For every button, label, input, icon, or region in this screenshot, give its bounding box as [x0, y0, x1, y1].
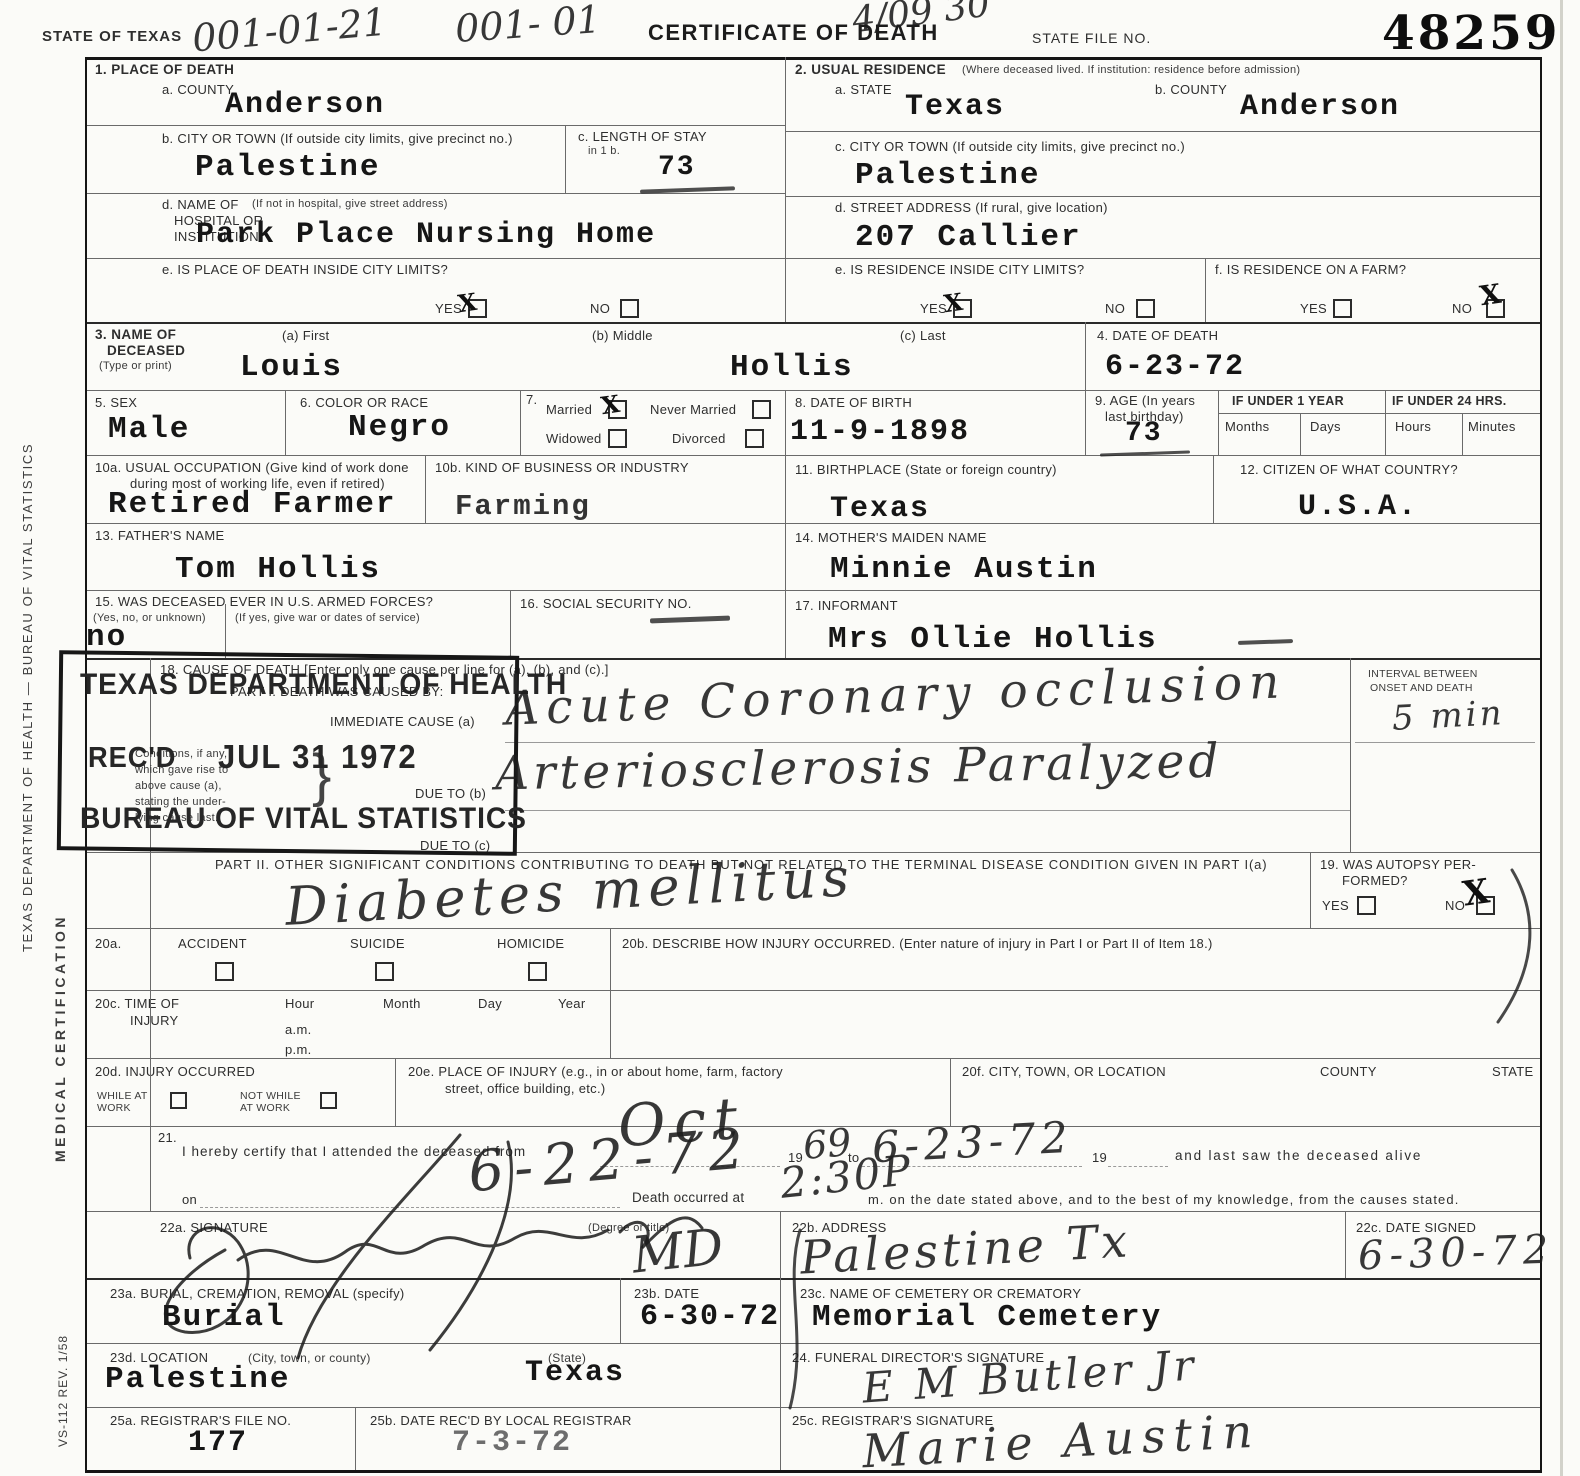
grid-line [610, 928, 611, 1058]
sec5-label: 5. SEX [95, 395, 137, 410]
sec20a-suicide-label: SUICIDE [350, 936, 405, 951]
sec8-label: 8. DATE OF BIRTH [795, 395, 912, 410]
sec7-divorced-checkbox[interactable] [745, 429, 764, 448]
sec17-informant-value: Mrs Ollie Hollis [828, 622, 1158, 657]
sec1d-label: d. NAME OF [162, 197, 239, 212]
sec12-label: 12. CITIZEN OF WHAT COUNTRY? [1240, 462, 1458, 477]
sec23d-state-value: Texas [525, 1356, 625, 1390]
sec17-label: 17. INFORMANT [795, 598, 898, 613]
sec1b-label: b. CITY OR TOWN (If outside city limits,… [162, 131, 513, 146]
margin-department-text: TEXAS DEPARTMENT OF HEALTH — BUREAU OF V… [20, 443, 35, 952]
sec3-label3: (Type or print) [99, 360, 172, 372]
sec20f-label: 20f. CITY, TOWN, OR LOCATION [962, 1064, 1166, 1079]
grid-line [85, 322, 1540, 324]
sec1b-city-value: Palestine [195, 150, 380, 185]
sec2b-label: b. COUNTY [1155, 82, 1227, 97]
grid-line [85, 990, 1540, 991]
interval-label2: ONSET AND DEATH [1370, 682, 1473, 694]
sec15-armed-forces-value: no [86, 620, 127, 655]
grid-line [85, 1470, 1542, 1473]
grid-line [780, 1407, 781, 1470]
sec20f-county-label: COUNTY [1320, 1064, 1377, 1079]
sec4-date-of-death: 6-23-72 [1105, 350, 1245, 384]
sec20d-notwhile-label2: AT WORK [240, 1102, 290, 1114]
under24hrs-hours-label: Hours [1395, 419, 1431, 434]
sec2f-label: f. IS RESIDENCE ON A FARM? [1215, 262, 1406, 277]
interval-label1: INTERVAL BETWEEN [1368, 668, 1478, 680]
sec1c-length-of-stay: 73 [658, 152, 696, 183]
sec9-age-value: 73 [1125, 418, 1163, 449]
sec3-label1: 3. NAME OF [95, 327, 176, 342]
grid-line [85, 125, 785, 126]
sec7-divorced-label: Divorced [672, 431, 726, 446]
sec16-label: 16. SOCIAL SECURITY NO. [520, 596, 692, 611]
sec1-title: 1. PLACE OF DEATH [95, 62, 234, 77]
grid-line [1218, 413, 1540, 414]
sec11-label: 11. BIRTHPLACE (State or foreign country… [795, 462, 1057, 477]
grid-line [85, 455, 1540, 456]
sec14-label: 14. MOTHER'S MAIDEN NAME [795, 530, 987, 545]
sec2d-street-value: 207 Callier [855, 220, 1082, 255]
sec19-yes-checkbox[interactable] [1357, 896, 1376, 915]
sec20c-pm-label: p.m. [285, 1042, 311, 1057]
under24hrs-header: IF UNDER 24 HRS. [1392, 394, 1507, 408]
sec3-last-name: Hollis [730, 350, 854, 385]
grid-line [1310, 852, 1311, 928]
sec2e-no-label: NO [1105, 301, 1125, 316]
sec23c-label: 23c. NAME OF CEMETERY OR CREMATORY [800, 1286, 1081, 1301]
sec2f-yes-label: YES [1300, 301, 1327, 316]
grid-line [1085, 322, 1086, 390]
grid-line [785, 57, 786, 322]
grid-line [1355, 742, 1535, 743]
sec10a-label1: 10a. USUAL OCCUPATION (Give kind of work… [95, 460, 409, 475]
cemetery-pen-stroke [782, 1228, 822, 1413]
sec21-line1b: and last saw the deceased alive [1175, 1148, 1422, 1163]
sec1e-no-checkbox[interactable] [620, 299, 639, 318]
sec1d-paren: (If not in hospital, give street address… [252, 198, 448, 210]
sec2a-state-value: Texas [905, 90, 1005, 124]
sec2a-label: a. STATE [835, 82, 892, 97]
grid-line [425, 455, 426, 523]
sec20d-while-label2: WORK [97, 1102, 131, 1114]
sec4-label: 4. DATE OF DEATH [1097, 328, 1218, 343]
sec13-label: 13. FATHER'S NAME [95, 528, 224, 543]
sec18-cause-b-handwriting: Arteriosclerosis Paralyzed [495, 734, 1223, 802]
sec21-line2b: m. on the date stated above, and to the … [868, 1192, 1459, 1207]
sec1e-label: e. IS PLACE OF DEATH INSIDE CITY LIMITS? [162, 262, 448, 277]
grid-line [85, 1058, 1540, 1059]
sec20f-state-label: STATE [1492, 1064, 1533, 1079]
sec21-yr2-label: 19 [1092, 1150, 1107, 1165]
grid-line [85, 258, 1540, 259]
sec7-label: 7. [526, 392, 537, 407]
under1year-months-label: Months [1225, 419, 1269, 434]
sec11-birthplace-value: Texas [830, 492, 930, 526]
sec20a-suicide-checkbox[interactable] [375, 962, 394, 981]
pen-dash [650, 616, 730, 624]
grid-line [1085, 390, 1086, 455]
sec7-widowed-label: Widowed [546, 431, 602, 446]
stamp-line2a: REC'D [88, 742, 176, 775]
grid-line [505, 810, 1350, 811]
margin-medical-certification: MEDICAL CERTIFICATION [52, 914, 68, 1162]
sec23c-cemetery-value: Memorial Cemetery [812, 1300, 1162, 1335]
sec2e-yes-mark: X [942, 287, 964, 318]
sec2d-label: d. STREET ADDRESS (If rural, give locati… [835, 200, 1108, 215]
sec20d-notwhile-checkbox[interactable] [320, 1092, 337, 1109]
sec10b-industry-value: Farming [455, 490, 591, 523]
sec2-title: 2. USUAL RESIDENCE [795, 62, 946, 77]
stamp-line1: TEXAS DEPARTMENT OF HEALTH [80, 668, 567, 702]
sec7-never-married-checkbox[interactable] [752, 400, 771, 419]
sec20d-notwhile-label1: NOT WHILE [240, 1090, 301, 1102]
grid-line [510, 590, 511, 658]
sec20d-label: 20d. INJURY OCCURRED [95, 1064, 255, 1079]
sec3-middle-label: (b) Middle [592, 328, 653, 343]
sec19-no-label: NO [1445, 898, 1465, 913]
autopsy-pen-stroke [1480, 862, 1550, 1032]
sec3-last-label: (c) Last [900, 328, 946, 343]
sec6-race-value: Negro [348, 410, 451, 445]
grid-line [1345, 1211, 1346, 1278]
sec8-date-of-birth: 11-9-1898 [790, 415, 970, 449]
grid-line [565, 125, 566, 193]
sec2e-yes-label: YES [920, 301, 947, 316]
sec20c-label1: 20c. TIME OF [95, 996, 179, 1011]
sec20c-day-label: Day [478, 996, 502, 1011]
sec20a-accident-checkbox[interactable] [215, 962, 234, 981]
sec20a-homicide-checkbox[interactable] [528, 962, 547, 981]
under1year-days-label: Days [1310, 419, 1341, 434]
sec1d-institution-value: Park Place Nursing Home [196, 218, 656, 252]
state-of-texas-label: STATE OF TEXAS [42, 28, 182, 45]
grid-line [1385, 390, 1386, 455]
sec7-widowed-checkbox[interactable] [608, 429, 627, 448]
sec1e-no-label: NO [590, 301, 610, 316]
sec2c-city-value: Palestine [855, 158, 1040, 193]
stamp-line3: BUREAU OF VITAL STATISTICS [80, 802, 527, 836]
grid-line [355, 1407, 356, 1470]
sec7-married-mark: X [599, 389, 621, 420]
sec20b-label: 20b. DESCRIBE HOW INJURY OCCURRED. (Ente… [622, 936, 1213, 951]
sec10a-occupation-value: Retired Farmer [108, 487, 396, 522]
sec2f-no-label: NO [1452, 301, 1472, 316]
sec3-first-name: Louis [240, 350, 343, 385]
sec1c-label: c. LENGTH OF STAY [578, 129, 707, 144]
sec10b-label: 10b. KIND OF BUSINESS OR INDUSTRY [435, 460, 689, 475]
grid-line [85, 57, 1542, 60]
grid-line [950, 1058, 951, 1126]
sec1a-county-value: Anderson [225, 88, 385, 122]
sec19-label2: FORMED? [1342, 873, 1408, 888]
margin-form-code: VS-112 REV. 1/58 [56, 1335, 70, 1447]
sec20e-label2: street, office building, etc.) [445, 1081, 606, 1096]
sec20c-year-label: Year [558, 996, 585, 1011]
sec14-mother-name: Minnie Austin [830, 552, 1098, 587]
sec18-cause-a-handwriting: Acute Coronary occlusion [504, 654, 1287, 736]
interval-value-handwriting: 5 min [1391, 693, 1505, 739]
sec2-title-paren: (Where deceased lived. If institution: r… [962, 64, 1300, 76]
under1year-header: IF UNDER 1 YEAR [1232, 394, 1344, 408]
grid-line [1218, 390, 1219, 455]
sec5-sex-value: Male [108, 412, 190, 447]
sec2c-label: c. CITY OR TOWN (If outside city limits,… [835, 139, 1185, 154]
sec3-label2: DECEASED [107, 343, 185, 358]
pen-dash [1238, 639, 1293, 645]
sec2b-county-value: Anderson [1240, 90, 1400, 124]
sec7-married-label: Married [546, 402, 592, 417]
sec3-first-label: (a) First [282, 328, 329, 343]
state-file-no-label: STATE FILE NO. [1032, 30, 1151, 46]
grid-line [1300, 413, 1301, 455]
sec2f-yes-checkbox[interactable] [1333, 299, 1352, 318]
sec22c-date-signed-handwriting: 6-30-72 [1357, 1227, 1555, 1280]
sec1e-yes-mark: X [456, 287, 478, 318]
sec20d-while-label1: WHILE AT [97, 1090, 148, 1102]
sec2f-no-mark: X [1478, 279, 1503, 313]
grid-line [1560, 0, 1563, 1476]
handwritten-code-2: 001- 01 [454, 0, 603, 51]
grid-line [785, 390, 786, 658]
grid-line [1205, 258, 1206, 322]
sec19-label1: 19. WAS AUTOPSY PER- [1320, 857, 1476, 872]
sec6-label: 6. COLOR OR RACE [300, 395, 428, 410]
physician-signature-scrawl [130, 1130, 810, 1360]
grid-line [785, 196, 1540, 197]
sec20a-accident-label: ACCIDENT [178, 936, 247, 951]
sec20c-month-label: Month [383, 996, 421, 1011]
sec23d-city-value: Palestine [105, 1362, 290, 1397]
grid-line [85, 390, 1540, 391]
grid-line [785, 131, 1540, 132]
grid-line [285, 390, 286, 455]
grid-line [1462, 413, 1463, 455]
grid-line [85, 193, 785, 194]
sec1c-label2: in 1 b. [588, 145, 620, 157]
grid-line [85, 590, 1540, 591]
sec20a-homicide-label: HOMICIDE [497, 936, 564, 951]
sec15-label: 15. WAS DECEASED EVER IN U.S. ARMED FORC… [95, 594, 433, 609]
sec25b-date-recd-value: 7-3-72 [452, 1426, 572, 1460]
sec20c-label2: INJURY [130, 1013, 179, 1028]
grid-line [225, 604, 226, 658]
sec9-label1: 9. AGE (In years [1095, 393, 1195, 408]
sec2e-no-checkbox[interactable] [1136, 299, 1155, 318]
sec20c-am-label: a.m. [285, 1022, 311, 1037]
sec15-sub2: (If yes, give war or dates of service) [235, 612, 420, 624]
handwritten-code-1: 001-01-21 [190, 0, 388, 60]
sec19-yes-label: YES [1322, 898, 1349, 913]
death-certificate: STATE OF TEXAS 001-01-21 001- 01 4/09 30… [0, 0, 1580, 1476]
fill-in-line [1108, 1166, 1168, 1167]
grid-line [1213, 455, 1214, 523]
sec25a-file-no-value: 177 [188, 1426, 248, 1460]
sec20a-label: 20a. [95, 936, 122, 951]
under24hrs-minutes-label: Minutes [1468, 419, 1516, 434]
grid-line [395, 1058, 396, 1126]
stamp-line2b: JUL 31 1972 [218, 738, 417, 776]
grid-line [1350, 658, 1351, 852]
sec20e-label1: 20e. PLACE OF INJURY (e.g., in or about … [408, 1064, 783, 1079]
sec1a-label: a. COUNTY [162, 82, 234, 97]
sec12-citizen-value: U.S.A. [1298, 490, 1418, 524]
sec20d-while-checkbox[interactable] [170, 1092, 187, 1109]
sec13-father-name: Tom Hollis [175, 552, 381, 587]
sec7-never-married-label: Never Married [650, 402, 736, 417]
sec2e-label: e. IS RESIDENCE INSIDE CITY LIMITS? [835, 262, 1084, 277]
state-file-number: 48259 [1382, 6, 1561, 61]
grid-line [520, 390, 521, 455]
sec20c-hour-label: Hour [285, 996, 314, 1011]
